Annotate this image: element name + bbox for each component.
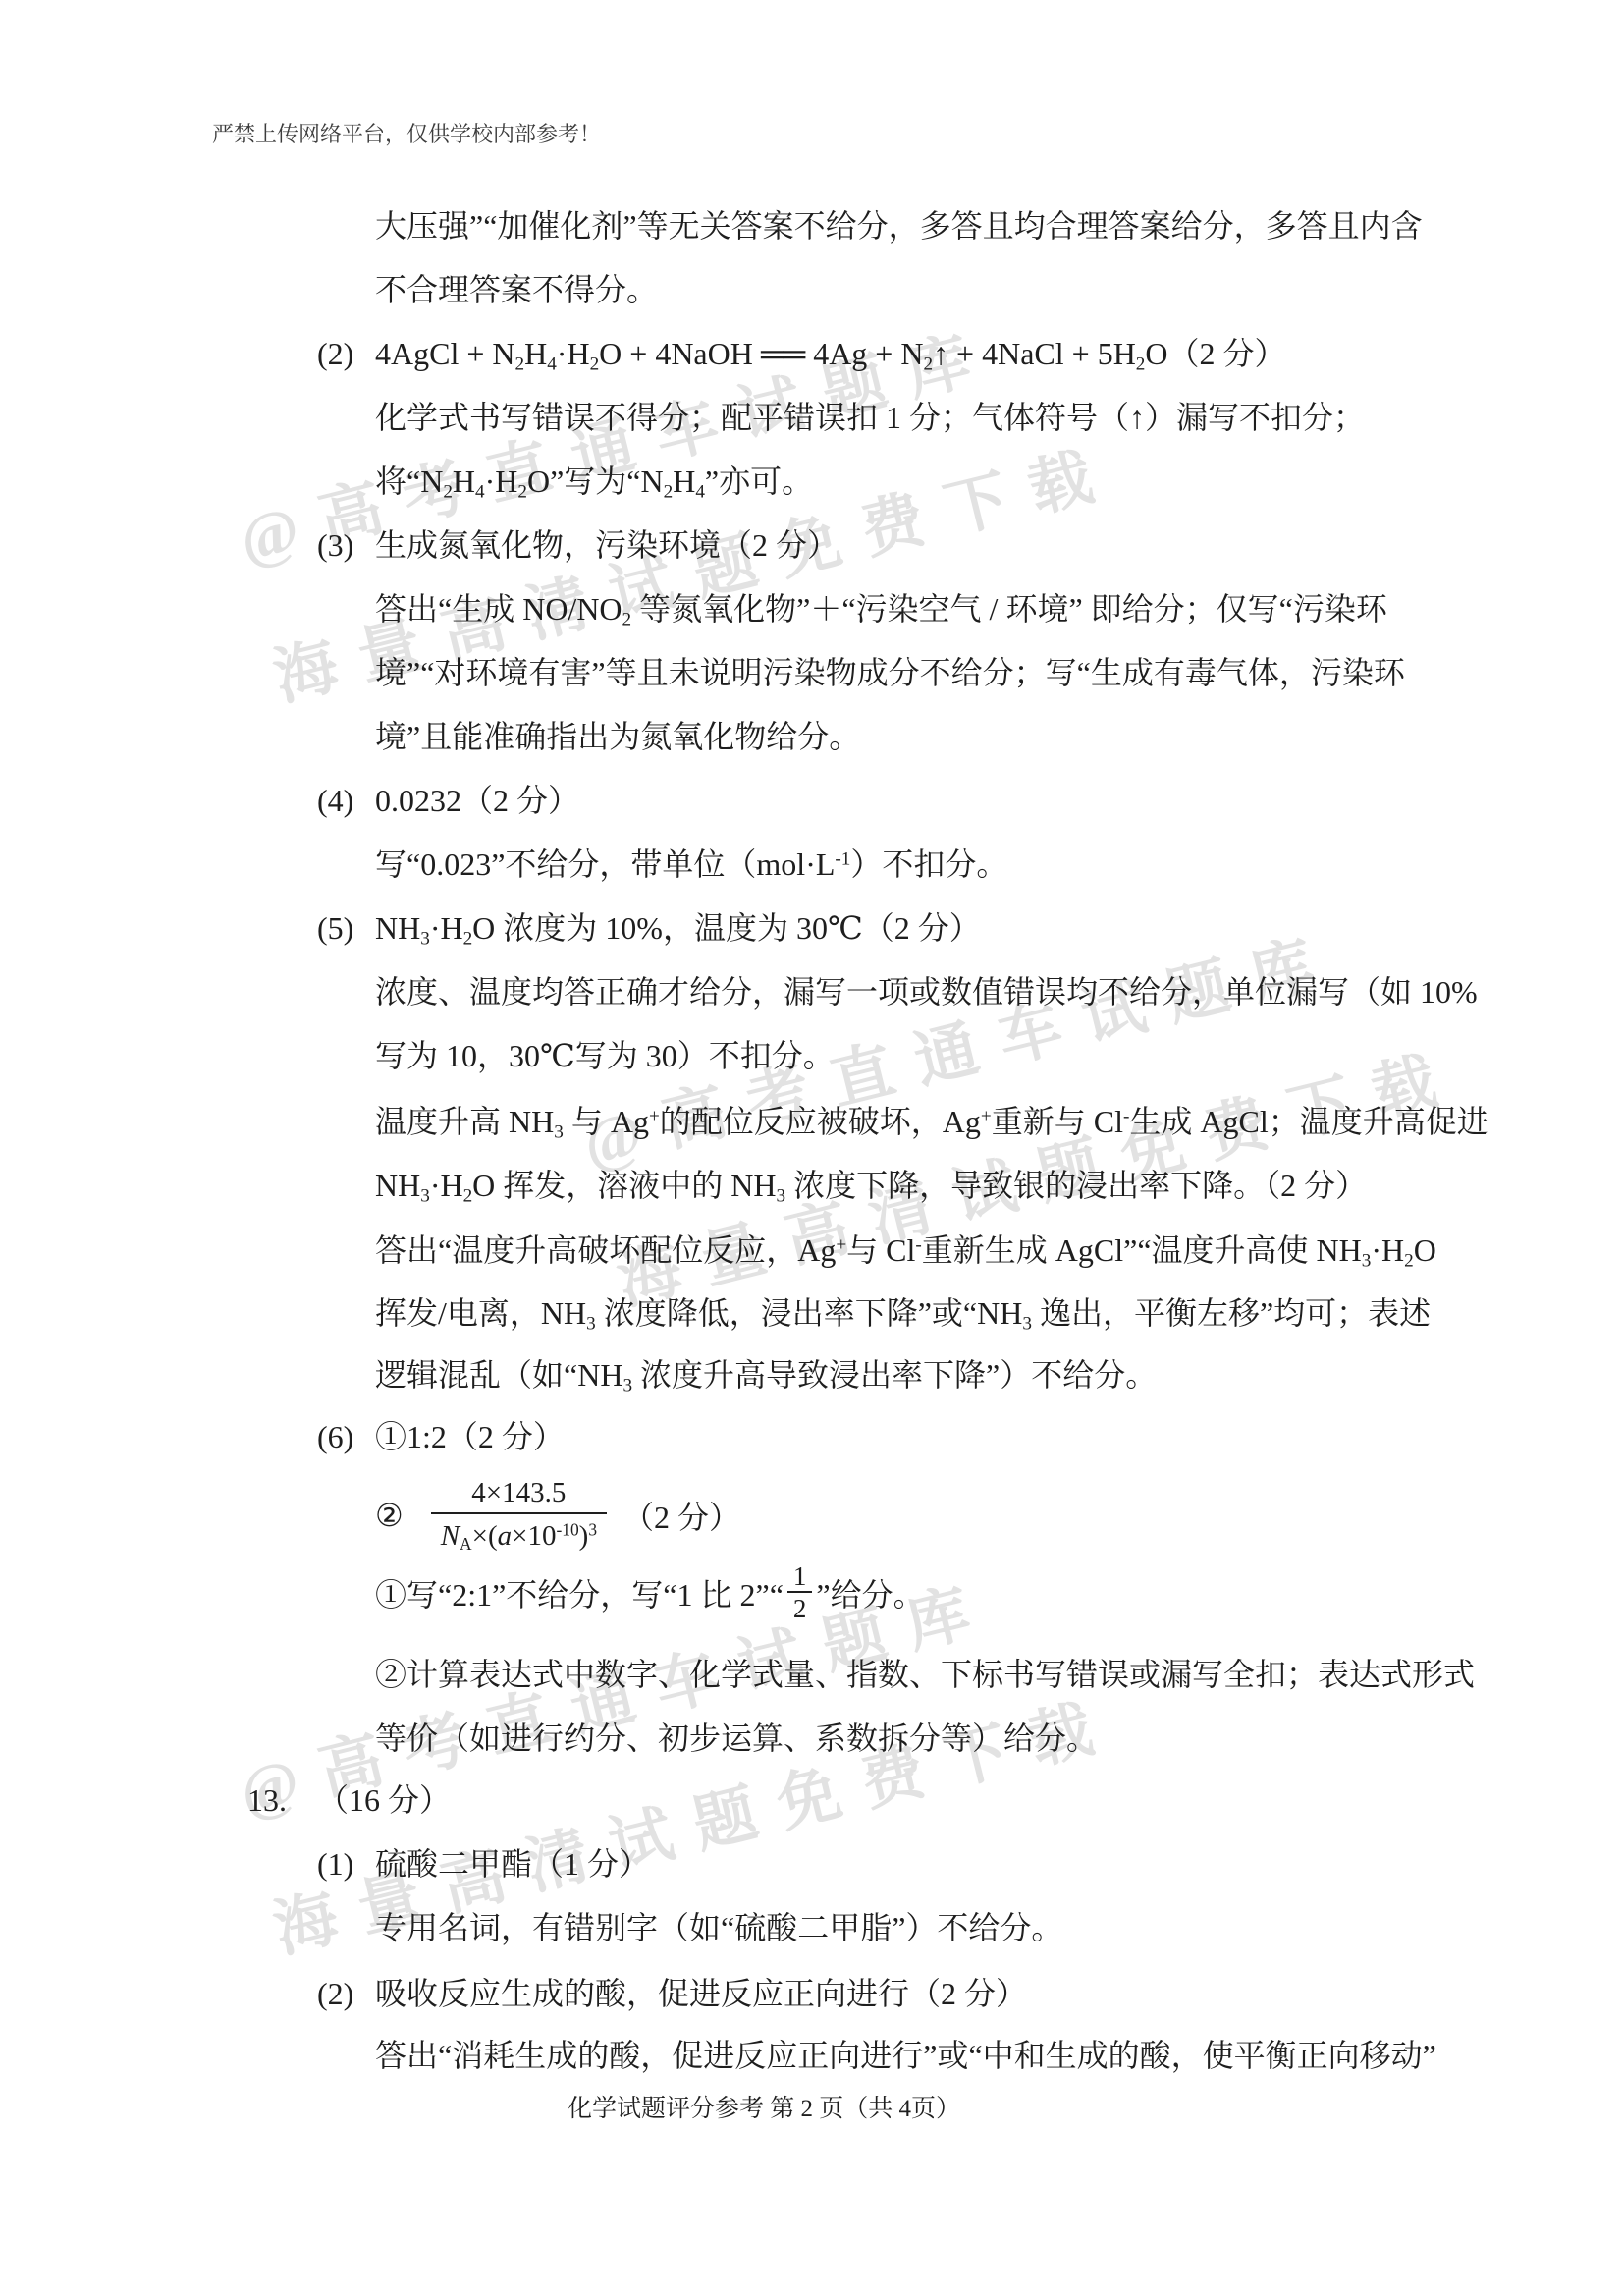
line-text: 等价（如进行约分、初步运算、系数拆分等）给分。 [375, 1721, 1098, 1756]
line-text: 写“0.023”不给分，带单位（mol·L-1）不扣分。 [375, 847, 1007, 882]
explanation-line: 等价（如进行约分、初步运算、系数拆分等）给分。 [375, 1707, 1098, 1771]
explanation-line: 答出“生成 NO/NO2 等氮氧化物”＋“污染空气 / 环境” 即给分；仅写“污… [375, 577, 1387, 641]
line-text: 境”且能准确指出为氮氧化物给分。 [375, 719, 860, 754]
line-text: 不合理答案不得分。 [375, 272, 658, 307]
line-text: 硫酸二甲酯（1 分） [375, 1846, 650, 1882]
fraction-denominator: 2 [787, 1591, 813, 1624]
line-text: ②计算表达式中数字、化学式量、指数、下标书写错误或漏写全扣；表达式形式 [375, 1657, 1475, 1692]
explanation-line: 不合理答案不得分。 [375, 258, 658, 322]
line-text: NH3·H2O 挥发，溶液中的 NH3 浓度下降，导致银的浸出率下降。（2 分） [375, 1168, 1367, 1203]
line-text: 挥发/电离，NH3 浓度降低，浸出率下降”或“NH3 逸出，平衡左移”均可；表述 [375, 1295, 1431, 1331]
fraction-numerator: 4×143.5 [431, 1473, 607, 1512]
line-text: 答出“生成 NO/NO2 等氮氧化物”＋“污染空气 / 环境” 即给分；仅写“污… [375, 591, 1387, 627]
text-after-fraction: ”给分。 [816, 1570, 924, 1615]
explanation-line: 化学式书写错误不得分；配平错误扣 1 分；气体符号（↑）漏写不扣分； [375, 386, 1365, 450]
line-text: 答出“温度升高破坏配位反应，Ag+与 Cl-重新生成 AgCl”“温度升高使 N… [375, 1232, 1436, 1268]
question-number-line: 13.（16 分） [247, 1769, 451, 1832]
display-fraction: 4×143.5NA×(a×10-10)3 [431, 1473, 607, 1558]
item-label: (6) [317, 1405, 375, 1469]
line-text: 答出“消耗生成的酸，促进反应正向进行”或“中和生成的酸，使平衡正向移动” [375, 2038, 1436, 2073]
text-before-fraction: ①写“2:1”不给分，写“1 比 2”“ [375, 1570, 784, 1615]
explanation-line: 答出“消耗生成的酸，促进反应正向进行”或“中和生成的酸，使平衡正向移动” [375, 2024, 1436, 2088]
line-text: 境”“对环境有害”等且未说明污染物成分不给分；写“生成有毒气体，污染环 [375, 655, 1405, 690]
answer-item-line: (1)硫酸二甲酯（1 分） [317, 1832, 650, 1896]
item-label: (3) [317, 514, 375, 577]
line-text: 大压强”“加催化剂”等无关答案不给分，多答且均合理答案给分，多答且内含 [375, 208, 1423, 244]
explanation-line: 挥发/电离，NH3 浓度降低，浸出率下降”或“NH3 逸出，平衡左移”均可；表述 [375, 1282, 1431, 1345]
explanation-line: 大压强”“加催化剂”等无关答案不给分，多答且均合理答案给分，多答且内含 [375, 194, 1423, 258]
fraction-numerator: 1 [787, 1561, 813, 1591]
answer-item-line: (6)①1:2（2 分） [317, 1405, 565, 1469]
fraction-denominator: NA×(a×10-10)3 [431, 1512, 607, 1558]
upload-prohibition-notice: 严禁上传网络平台，仅供学校内部参考！ [212, 118, 601, 148]
explanation-line: 逻辑混乱（如“NH3 浓度升高导致浸出率下降”）不给分。 [375, 1343, 1157, 1407]
answer-item-line: (3)生成氮氧化物，污染环境（2 分） [317, 514, 839, 577]
line-text: 逻辑混乱（如“NH3 浓度升高导致浸出率下降”）不给分。 [375, 1357, 1157, 1393]
line-text: NH3·H2O 浓度为 10%，温度为 30℃（2 分） [375, 910, 981, 946]
line-text: 生成氮氧化物，污染环境（2 分） [375, 527, 839, 563]
explanation-line: ②计算表达式中数字、化学式量、指数、下标书写错误或漏写全扣；表达式形式 [375, 1643, 1475, 1707]
answer-item-line: (2)吸收反应生成的酸，促进反应正向进行（2 分） [317, 1962, 1027, 2026]
explanation-line: 境”“对环境有害”等且未说明污染物成分不给分；写“生成有毒气体，污染环 [375, 641, 1405, 705]
line-text: 将“N2H4·H2O”写为“N2H4”亦可。 [375, 464, 813, 499]
explanation-line: 专用名词，有错别字（如“硫酸二甲脂”）不给分。 [375, 1896, 1062, 1960]
score-note: （2 分） [622, 1493, 740, 1538]
line-text: 化学式书写错误不得分；配平错误扣 1 分；气体符号（↑）漏写不扣分； [375, 400, 1365, 435]
explanation-line: 写为 10，30℃写为 30）不扣分。 [375, 1024, 835, 1088]
explanation-line: 温度升高 NH3 与 Ag+的配位反应被破坏，Ag+重新与 Cl-生成 AgCl… [375, 1090, 1488, 1154]
exam-answer-key-page: 严禁上传网络平台，仅供学校内部参考！ @高考直通车试题库海量高清试题免费下载@高… [0, 0, 1623, 2296]
explanation-line: 将“N2H4·H2O”写为“N2H4”亦可。 [375, 450, 813, 514]
explanation-line: 浓度、温度均答正确才给分，漏写一项或数值错误均不给分，单位漏写（如 10% [375, 960, 1478, 1024]
fraction-expression-line: ②4×143.5NA×(a×10-10)3（2 分） [375, 1470, 740, 1560]
answer-item-line: (4)0.0232（2 分） [317, 769, 579, 833]
answer-item-line: (5)NH3·H2O 浓度为 10%，温度为 30℃（2 分） [317, 897, 981, 960]
line-text: 4AgCl + N2H4·H2O + 4NaOH ══ 4Ag + N2↑ + … [375, 336, 1286, 371]
inline-fraction-line: ①写“2:1”不给分，写“1 比 2”“12”给分。 [375, 1554, 925, 1632]
explanation-line: 答出“温度升高破坏配位反应，Ag+与 Cl-重新生成 AgCl”“温度升高使 N… [375, 1219, 1436, 1283]
explanation-line: NH3·H2O 挥发，溶液中的 NH3 浓度下降，导致银的浸出率下降。（2 分） [375, 1154, 1367, 1218]
line-text: 写为 10，30℃写为 30）不扣分。 [375, 1038, 835, 1073]
line-text: 专用名词，有错别字（如“硫酸二甲脂”）不给分。 [375, 1910, 1062, 1945]
page-footer: 化学试题评分参考 第 2 页（共 4页） [568, 2080, 960, 2139]
item-label: (2) [317, 1962, 375, 2026]
explanation-line: 境”且能准确指出为氮氧化物给分。 [375, 705, 860, 769]
circled-2-marker: ② [375, 1497, 404, 1534]
answer-item-line: (2)4AgCl + N2H4·H2O + 4NaOH ══ 4Ag + N2↑… [317, 322, 1286, 386]
item-label: (5) [317, 897, 375, 960]
line-text: 温度升高 NH3 与 Ag+的配位反应被破坏，Ag+重新与 Cl-生成 AgCl… [375, 1104, 1488, 1139]
question-number: 13. [247, 1769, 317, 1832]
item-label: (4) [317, 769, 375, 833]
explanation-line: 写“0.023”不给分，带单位（mol·L-1）不扣分。 [375, 833, 1007, 897]
line-text: （16 分） [317, 1782, 451, 1818]
line-text: ①1:2（2 分） [375, 1419, 565, 1454]
line-text: 吸收反应生成的酸，促进反应正向进行（2 分） [375, 1976, 1027, 2011]
inline-fraction: 12 [787, 1561, 813, 1624]
line-text: 浓度、温度均答正确才给分，漏写一项或数值错误均不给分，单位漏写（如 10% [375, 974, 1478, 1010]
line-text: 0.0232（2 分） [375, 783, 579, 818]
item-label: (1) [317, 1832, 375, 1896]
item-label: (2) [317, 322, 375, 386]
